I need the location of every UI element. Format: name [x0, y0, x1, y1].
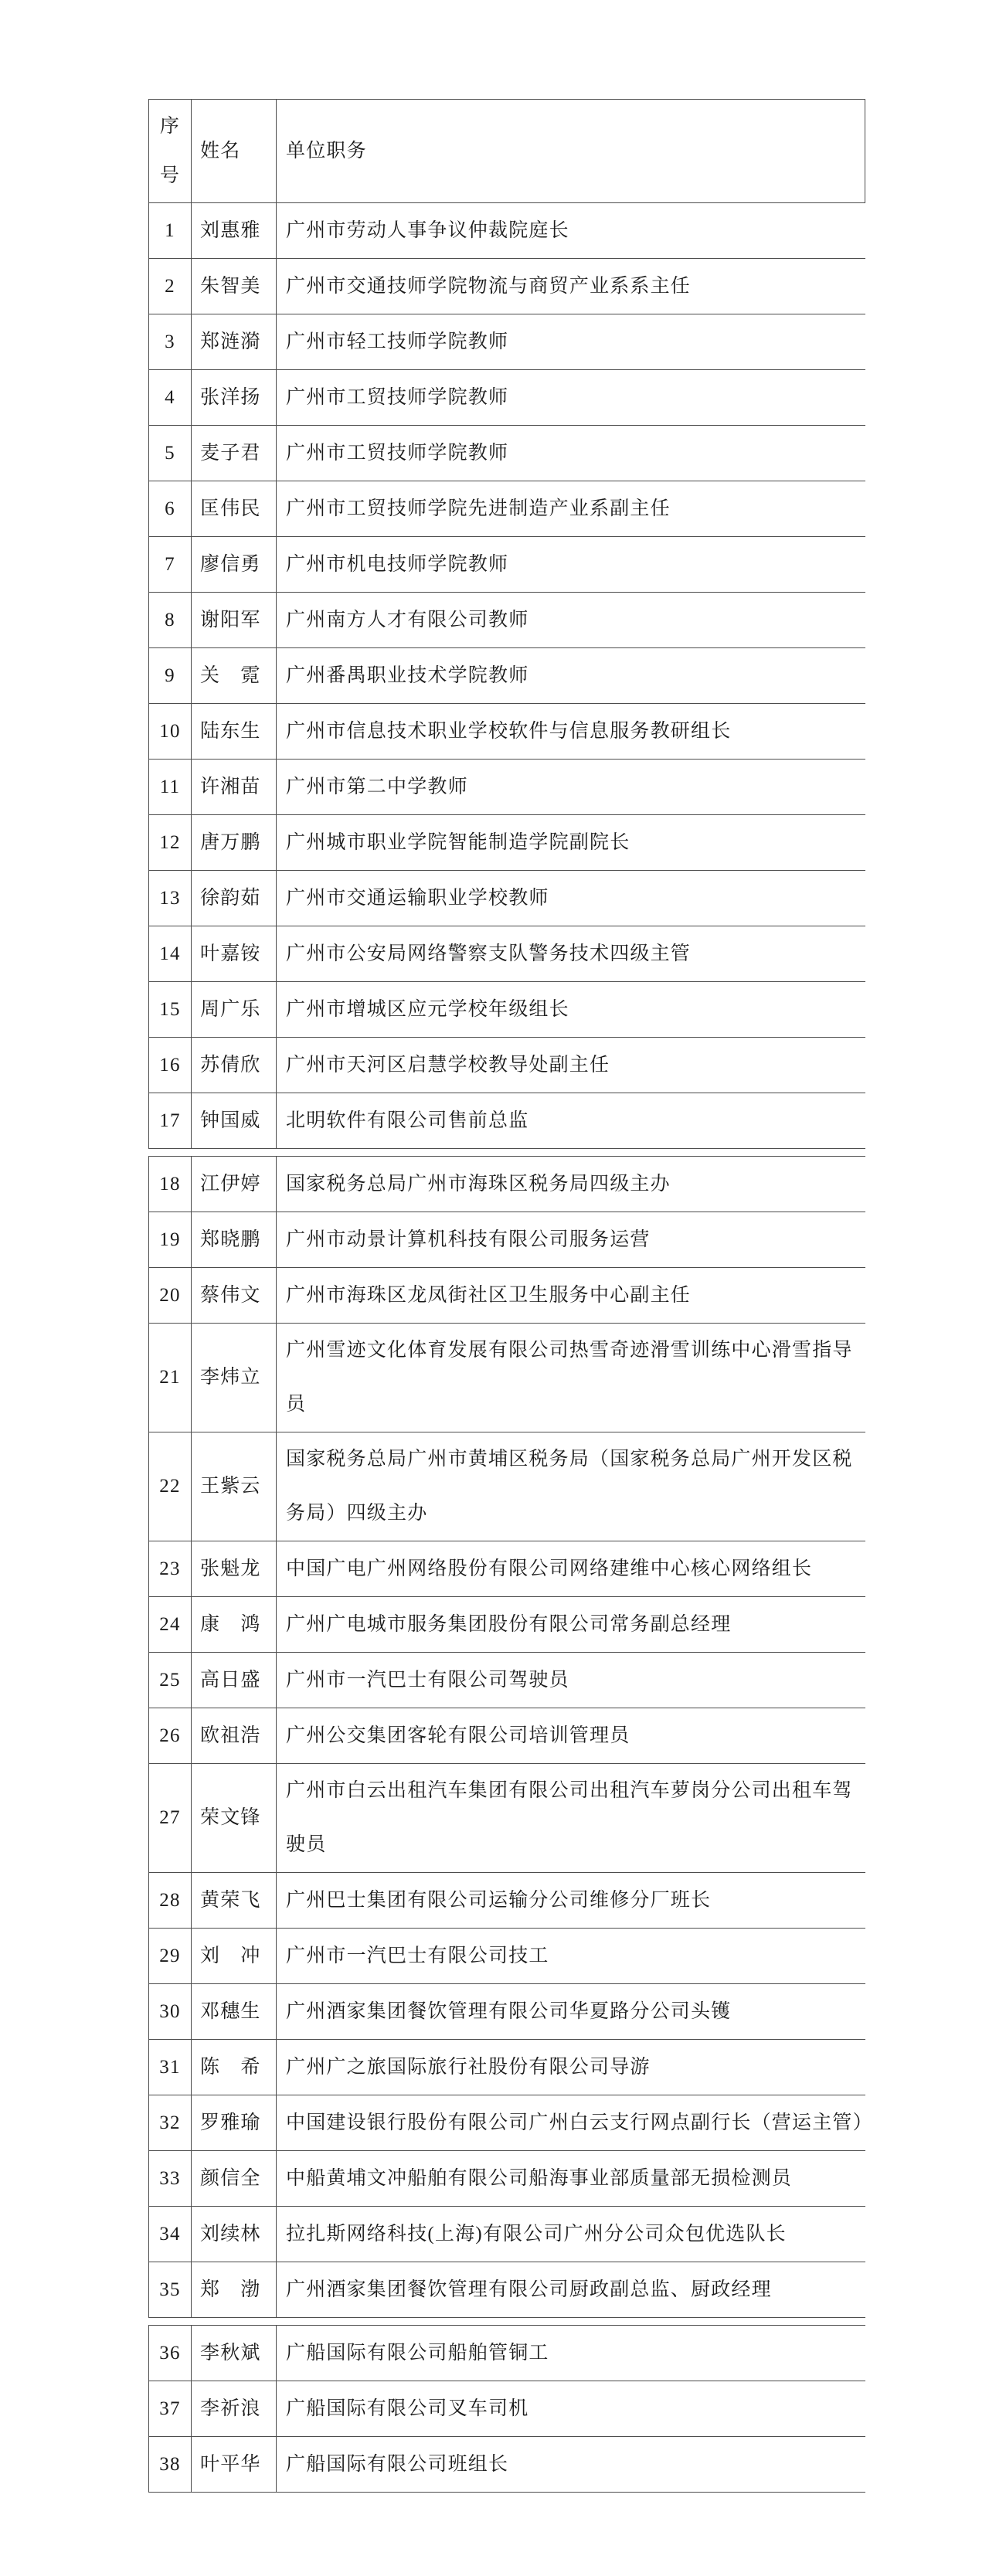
table-row: 29 刘 冲 广州市一汽巴士有限公司技工 — [149, 1929, 865, 1984]
cell-position: 广州酒家集团餐饮管理有限公司厨政副总监、厨政经理 — [277, 2262, 865, 2317]
cell-name: 高日盛 — [192, 1653, 277, 1708]
cell-name: 陆东生 — [192, 704, 277, 759]
cell-name: 蔡伟文 — [192, 1268, 277, 1323]
cell-position: 广州市工贸技师学院教师 — [277, 426, 865, 481]
table-row: 27 荣文锋 广州市白云出租汽车集团有限公司出租汽车萝岗分公司出租车驾驶员 — [149, 1764, 865, 1873]
cell-position: 广州市动景计算机科技有限公司服务运营 — [277, 1212, 865, 1267]
table-row: 23 张魁龙 中国广电广州网络股份有限公司网络建维中心核心网络组长 — [149, 1541, 865, 1597]
cell-name: 匡伟民 — [192, 481, 277, 536]
table-row: 21 李炜立 广州雪迹文化体育发展有限公司热雪奇迹滑雪训练中心滑雪指导员 — [149, 1324, 865, 1432]
table-row: 22 王紫云 国家税务总局广州市黄埔区税务局（国家税务总局广州开发区税务局）四级… — [149, 1432, 865, 1541]
cell-position: 广州市公安局网络警察支队警务技术四级主管 — [277, 926, 865, 981]
table-row: 34 刘续林 拉扎斯网络科技(上海)有限公司广州分公司众包优选队长 — [149, 2207, 865, 2262]
cell-serial-number: 34 — [149, 2207, 192, 2262]
table-row: 9 关 霓 广州番禺职业技术学院教师 — [149, 648, 865, 704]
table-segment-1: 序 号 姓名 单位职务 1 刘惠雅 广州市劳动人事争议仲裁院庭长 2 朱智美 广… — [148, 99, 865, 1149]
cell-serial-number: 18 — [149, 1157, 192, 1212]
cell-name: 谢阳军 — [192, 593, 277, 647]
cell-name: 郑涟漪 — [192, 314, 277, 369]
cell-position: 广船国际有限公司船舶管铜工 — [277, 2326, 865, 2381]
cell-position: 广州市白云出租汽车集团有限公司出租汽车萝岗分公司出租车驾驶员 — [277, 1764, 865, 1872]
table-segment-3: 36 李秋斌 广船国际有限公司船舶管铜工 37 李祈浪 广船国际有限公司叉车司机… — [148, 2325, 865, 2493]
table-row: 25 高日盛 广州市一汽巴士有限公司驾驶员 — [149, 1653, 865, 1708]
cell-serial-number: 35 — [149, 2262, 192, 2317]
cell-name: 唐万鹏 — [192, 815, 277, 870]
cell-serial-number: 37 — [149, 2381, 192, 2436]
cell-serial-number: 14 — [149, 926, 192, 981]
cell-position: 广船国际有限公司叉车司机 — [277, 2381, 865, 2436]
cell-position: 中国建设银行股份有限公司广州白云支行网点副行长（营运主管） — [277, 2095, 865, 2150]
cell-name: 郑晓鹏 — [192, 1212, 277, 1267]
table-row: 32 罗雅瑜 中国建设银行股份有限公司广州白云支行网点副行长（营运主管） — [149, 2095, 865, 2151]
cell-name: 欧祖浩 — [192, 1708, 277, 1763]
cell-position: 广州市交通技师学院物流与商贸产业系系主任 — [277, 259, 865, 314]
cell-serial-number: 38 — [149, 2437, 192, 2492]
table-row: 15 周广乐 广州市增城区应元学校年级组长 — [149, 982, 865, 1038]
table-segment-2: 18 江伊婷 国家税务总局广州市海珠区税务局四级主办 19 郑晓鹏 广州市动景计… — [148, 1156, 865, 2318]
cell-position: 中船黄埔文冲船舶有限公司船海事业部质量部无损检测员 — [277, 2151, 865, 2206]
cell-position: 广州市一汽巴士有限公司技工 — [277, 1929, 865, 1983]
cell-serial-number: 22 — [149, 1432, 192, 1541]
cell-position: 广州市劳动人事争议仲裁院庭长 — [277, 203, 865, 258]
table-row: 5 麦子君 广州市工贸技师学院教师 — [149, 426, 865, 481]
cell-name: 陈 希 — [192, 2040, 277, 2095]
cell-serial-number: 28 — [149, 1873, 192, 1928]
cell-serial-number: 9 — [149, 648, 192, 703]
cell-serial-number: 36 — [149, 2326, 192, 2381]
table-row: 20 蔡伟文 广州市海珠区龙凤街社区卫生服务中心副主任 — [149, 1268, 865, 1324]
table-row: 35 郑 渤 广州酒家集团餐饮管理有限公司厨政副总监、厨政经理 — [149, 2262, 865, 2318]
cell-position: 广州公交集团客轮有限公司培训管理员 — [277, 1708, 865, 1763]
table-row: 1 刘惠雅 广州市劳动人事争议仲裁院庭长 — [149, 203, 865, 259]
cell-serial-number: 11 — [149, 760, 192, 814]
cell-position: 广州市第二中学教师 — [277, 760, 865, 814]
table-row: 12 唐万鹏 广州城市职业学院智能制造学院副院长 — [149, 815, 865, 871]
header-serial-number: 序 号 — [149, 100, 192, 202]
cell-position: 广州市一汽巴士有限公司驾驶员 — [277, 1653, 865, 1708]
cell-position: 广州市工贸技师学院先进制造产业系副主任 — [277, 481, 865, 536]
cell-serial-number: 1 — [149, 203, 192, 258]
cell-serial-number: 26 — [149, 1708, 192, 1763]
cell-name: 钟国威 — [192, 1093, 277, 1148]
table-row: 26 欧祖浩 广州公交集团客轮有限公司培训管理员 — [149, 1708, 865, 1764]
cell-position: 广船国际有限公司班组长 — [277, 2437, 865, 2492]
cell-name: 李秋斌 — [192, 2326, 277, 2381]
table-row: 16 苏倩欣 广州市天河区启慧学校教导处副主任 — [149, 1038, 865, 1093]
cell-position: 国家税务总局广州市海珠区税务局四级主办 — [277, 1157, 865, 1212]
table-row: 37 李祈浪 广船国际有限公司叉车司机 — [149, 2381, 865, 2437]
cell-serial-number: 27 — [149, 1764, 192, 1872]
table-row: 14 叶嘉铵 广州市公安局网络警察支队警务技术四级主管 — [149, 926, 865, 982]
cell-name: 颜信全 — [192, 2151, 277, 2206]
cell-serial-number: 21 — [149, 1324, 192, 1432]
table-row: 24 康 鸿 广州广电城市服务集团股份有限公司常务副总经理 — [149, 1597, 865, 1653]
cell-name: 叶嘉铵 — [192, 926, 277, 981]
cell-serial-number: 7 — [149, 537, 192, 592]
table-row: 6 匡伟民 广州市工贸技师学院先进制造产业系副主任 — [149, 481, 865, 537]
cell-position: 广州市机电技师学院教师 — [277, 537, 865, 592]
cell-serial-number: 32 — [149, 2095, 192, 2150]
cell-serial-number: 8 — [149, 593, 192, 647]
cell-position: 广州巴士集团有限公司运输分公司维修分厂班长 — [277, 1873, 865, 1928]
table-row: 8 谢阳军 广州南方人才有限公司教师 — [149, 593, 865, 648]
cell-name: 康 鸿 — [192, 1597, 277, 1652]
table-row: 13 徐韵茹 广州市交通运输职业学校教师 — [149, 871, 865, 926]
table-header-row: 序 号 姓名 单位职务 — [149, 100, 865, 203]
cell-name: 徐韵茹 — [192, 871, 277, 926]
cell-serial-number: 25 — [149, 1653, 192, 1708]
cell-name: 张魁龙 — [192, 1541, 277, 1596]
cell-position: 广州广之旅国际旅行社股份有限公司导游 — [277, 2040, 865, 2095]
cell-name: 叶平华 — [192, 2437, 277, 2492]
cell-position: 广州市海珠区龙凤街社区卫生服务中心副主任 — [277, 1268, 865, 1323]
cell-position: 北明软件有限公司售前总监 — [277, 1093, 865, 1148]
cell-name: 荣文锋 — [192, 1764, 277, 1872]
table-row: 10 陆东生 广州市信息技术职业学校软件与信息服务教研组长 — [149, 704, 865, 760]
cell-serial-number: 19 — [149, 1212, 192, 1267]
cell-serial-number: 6 — [149, 481, 192, 536]
cell-name: 刘惠雅 — [192, 203, 277, 258]
cell-serial-number: 23 — [149, 1541, 192, 1596]
cell-serial-number: 15 — [149, 982, 192, 1037]
cell-position: 广州城市职业学院智能制造学院副院长 — [277, 815, 865, 870]
page: 序 号 姓名 单位职务 1 刘惠雅 广州市劳动人事争议仲裁院庭长 2 朱智美 广… — [0, 0, 989, 2576]
cell-serial-number: 5 — [149, 426, 192, 481]
table-row: 11 许湘苗 广州市第二中学教师 — [149, 760, 865, 815]
cell-name: 刘 冲 — [192, 1929, 277, 1983]
cell-position: 广州市轻工技师学院教师 — [277, 314, 865, 369]
table-row: 2 朱智美 广州市交通技师学院物流与商贸产业系系主任 — [149, 259, 865, 314]
table-row: 28 黄荣飞 广州巴士集团有限公司运输分公司维修分厂班长 — [149, 1873, 865, 1929]
cell-name: 李炜立 — [192, 1324, 277, 1432]
table-row: 33 颜信全 中船黄埔文冲船舶有限公司船海事业部质量部无损检测员 — [149, 2151, 865, 2207]
table-row: 36 李秋斌 广船国际有限公司船舶管铜工 — [149, 2326, 865, 2381]
cell-serial-number: 16 — [149, 1038, 192, 1093]
cell-name: 朱智美 — [192, 259, 277, 314]
cell-serial-number: 13 — [149, 871, 192, 926]
cell-serial-number: 12 — [149, 815, 192, 870]
cell-serial-number: 31 — [149, 2040, 192, 2095]
table-row: 17 钟国威 北明软件有限公司售前总监 — [149, 1093, 865, 1149]
cell-serial-number: 30 — [149, 1984, 192, 2039]
cell-serial-number: 33 — [149, 2151, 192, 2206]
cell-position: 广州市交通运输职业学校教师 — [277, 871, 865, 926]
cell-name: 刘续林 — [192, 2207, 277, 2262]
cell-serial-number: 2 — [149, 259, 192, 314]
cell-name: 黄荣飞 — [192, 1873, 277, 1928]
cell-name: 郑 渤 — [192, 2262, 277, 2317]
cell-position: 国家税务总局广州市黄埔区税务局（国家税务总局广州开发区税务局）四级主办 — [277, 1432, 865, 1541]
cell-name: 周广乐 — [192, 982, 277, 1037]
cell-serial-number: 29 — [149, 1929, 192, 1983]
cell-name: 张洋扬 — [192, 370, 277, 425]
table-row: 3 郑涟漪 广州市轻工技师学院教师 — [149, 314, 865, 370]
cell-name: 王紫云 — [192, 1432, 277, 1541]
table-row: 31 陈 希 广州广之旅国际旅行社股份有限公司导游 — [149, 2040, 865, 2095]
cell-position: 中国广电广州网络股份有限公司网络建维中心核心网络组长 — [277, 1541, 865, 1596]
cell-position: 广州市工贸技师学院教师 — [277, 370, 865, 425]
cell-serial-number: 3 — [149, 314, 192, 369]
cell-serial-number: 4 — [149, 370, 192, 425]
cell-position: 广州市增城区应元学校年级组长 — [277, 982, 865, 1037]
cell-position: 广州雪迹文化体育发展有限公司热雪奇迹滑雪训练中心滑雪指导员 — [277, 1324, 865, 1432]
cell-name: 李祈浪 — [192, 2381, 277, 2436]
cell-serial-number: 10 — [149, 704, 192, 759]
cell-name: 麦子君 — [192, 426, 277, 481]
table-row: 30 邓穗生 广州酒家集团餐饮管理有限公司华夏路分公司头镬 — [149, 1984, 865, 2040]
table-row: 18 江伊婷 国家税务总局广州市海珠区税务局四级主办 — [149, 1157, 865, 1212]
cell-name: 江伊婷 — [192, 1157, 277, 1212]
cell-name: 邓穗生 — [192, 1984, 277, 2039]
cell-name: 苏倩欣 — [192, 1038, 277, 1093]
cell-position: 广州酒家集团餐饮管理有限公司华夏路分公司头镬 — [277, 1984, 865, 2039]
table-row: 19 郑晓鹏 广州市动景计算机科技有限公司服务运营 — [149, 1212, 865, 1268]
cell-position: 拉扎斯网络科技(上海)有限公司广州分公司众包优选队长 — [277, 2207, 865, 2262]
table-row: 7 廖信勇 广州市机电技师学院教师 — [149, 537, 865, 593]
cell-position: 广州市天河区启慧学校教导处副主任 — [277, 1038, 865, 1093]
cell-position: 广州市信息技术职业学校软件与信息服务教研组长 — [277, 704, 865, 759]
award-table: 序 号 姓名 单位职务 1 刘惠雅 广州市劳动人事争议仲裁院庭长 2 朱智美 广… — [148, 99, 865, 2493]
cell-serial-number: 24 — [149, 1597, 192, 1652]
cell-name: 罗雅瑜 — [192, 2095, 277, 2150]
header-name: 姓名 — [192, 100, 277, 202]
table-row: 4 张洋扬 广州市工贸技师学院教师 — [149, 370, 865, 426]
cell-serial-number: 17 — [149, 1093, 192, 1148]
cell-position: 广州广电城市服务集团股份有限公司常务副总经理 — [277, 1597, 865, 1652]
cell-serial-number: 20 — [149, 1268, 192, 1323]
cell-name: 廖信勇 — [192, 537, 277, 592]
table-row: 38 叶平华 广船国际有限公司班组长 — [149, 2437, 865, 2493]
cell-name: 许湘苗 — [192, 760, 277, 814]
cell-name: 关 霓 — [192, 648, 277, 703]
cell-position: 广州番禺职业技术学院教师 — [277, 648, 865, 703]
header-position: 单位职务 — [277, 100, 865, 202]
cell-position: 广州南方人才有限公司教师 — [277, 593, 865, 647]
